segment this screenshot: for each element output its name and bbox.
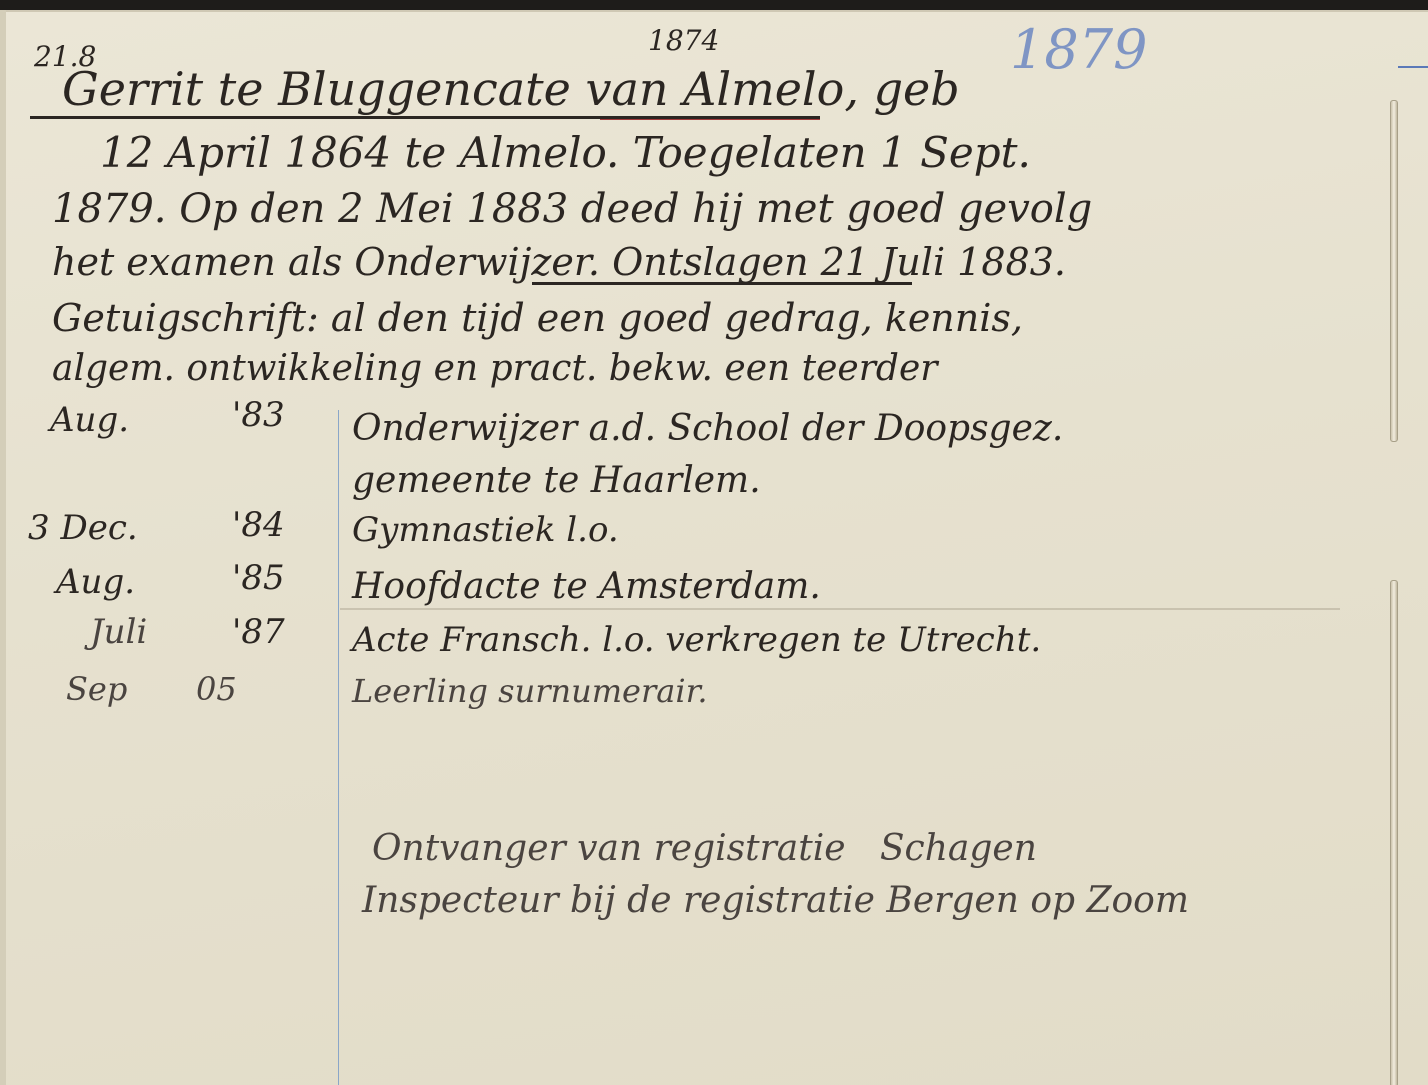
entry-line-3: 1879. Op den 2 Mei 1883 deed hij met goe… [52, 186, 1092, 232]
binding-thread-lower [1390, 580, 1398, 1085]
later-note-2: Inspecteur bij de registratie Bergen op … [362, 880, 1189, 921]
occupation-underline [532, 282, 912, 285]
entry-line-2: 12 April 1864 te Almelo. Toegelaten 1 Se… [100, 128, 1031, 177]
entry-line-4: het examen als Onderwijzer. Ontslagen 21… [52, 240, 1066, 284]
name-underline-red [600, 119, 820, 120]
career-text: Leerling surnumerair. [352, 672, 708, 710]
career-date: Sep [66, 670, 127, 708]
career-year: '83 [232, 395, 285, 435]
career-text: gemeente te Haarlem. [352, 460, 761, 501]
career-date: 3 Dec. [28, 508, 138, 548]
entry-line-5: Getuigschrift: al den tijd een goed gedr… [52, 296, 1023, 340]
career-year: '85 [232, 558, 285, 598]
career-date: Aug. [50, 400, 129, 440]
binding-thread-upper [1390, 100, 1398, 442]
career-year: '84 [232, 505, 285, 545]
entry-line-1: Gerrit te Bluggencate van Almelo, geb [62, 62, 960, 116]
career-year: '87 [232, 612, 285, 652]
entry-line-6: algem. ontwikkeling en pract. bekw. een … [52, 348, 937, 389]
column-divider [338, 410, 339, 1085]
page-edge [0, 10, 6, 1085]
later-note-1: Ontvanger van registratie Schagen [372, 828, 1037, 869]
blue-pencil-year: 1879 [1010, 18, 1147, 81]
career-year: 05 [196, 670, 237, 708]
career-date: Aug. [56, 562, 135, 602]
career-text: Hoofdacte te Amsterdam. [352, 566, 821, 607]
paper-crease [340, 608, 1340, 610]
header-year: 1874 [648, 24, 719, 57]
career-text: Gymnastiek l.o. [352, 510, 619, 550]
career-text: Acte Fransch. l.o. verkregen te Utrecht. [352, 620, 1041, 660]
career-text: Onderwijzer a.d. School der Doopsgez. [352, 408, 1063, 449]
blue-pencil-mark [1398, 66, 1428, 68]
career-date: Juli [90, 612, 147, 652]
